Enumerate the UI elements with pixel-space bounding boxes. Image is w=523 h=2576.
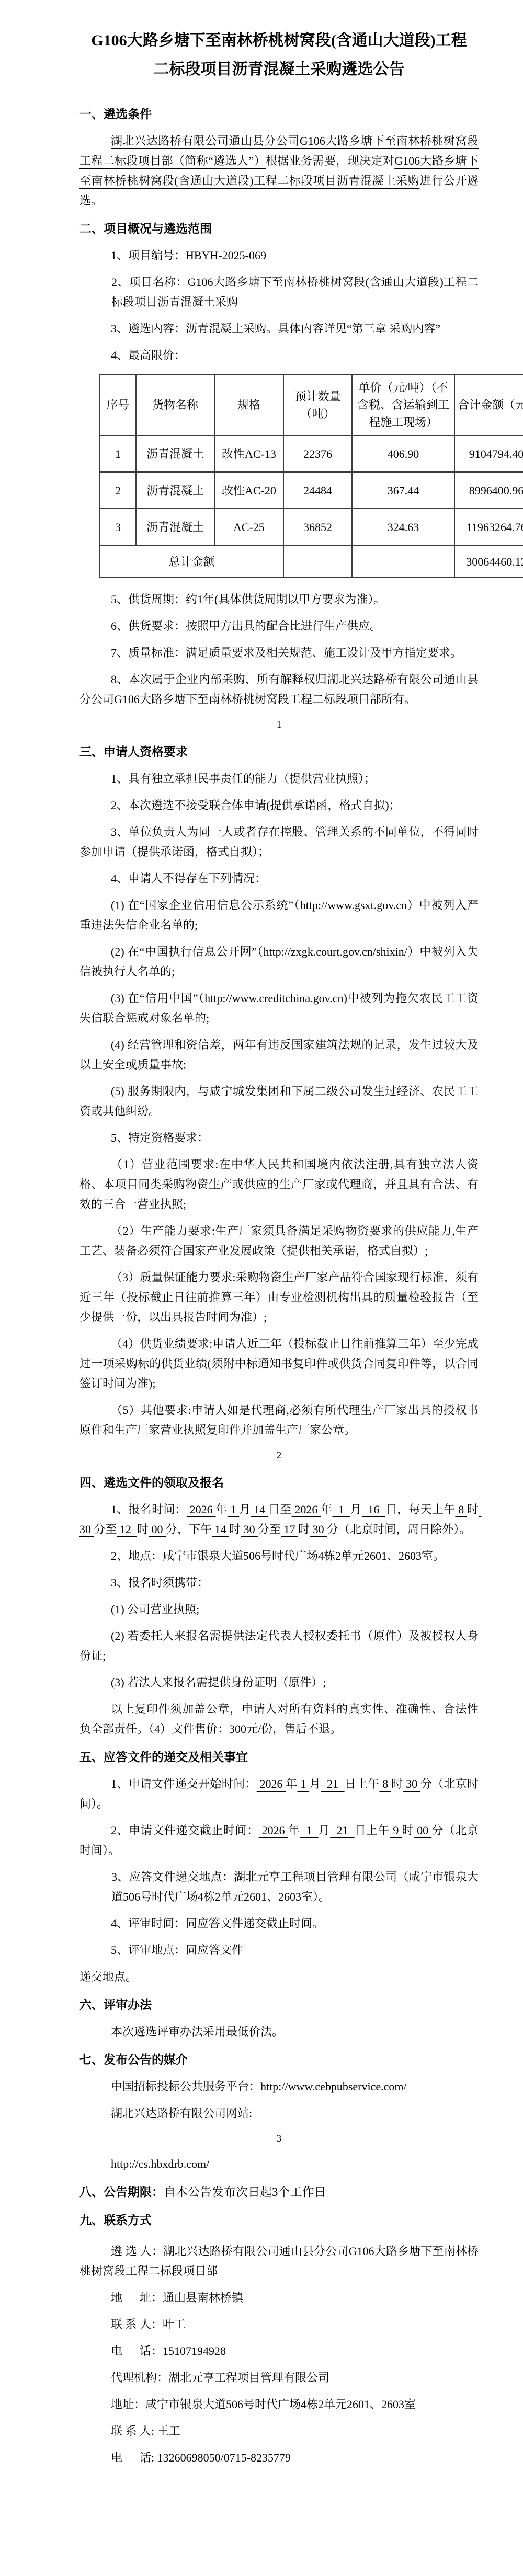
table-header-cell: 合计金额（元） <box>454 374 523 435</box>
registration-location: 2、地点：咸宁市银泉大道506号时代广场4栋2单元2601、2603室。 <box>79 1546 479 1566</box>
table-cell: 22376 <box>283 435 352 472</box>
page-number: 1 <box>79 716 479 734</box>
underlined-text: 1 <box>300 1824 318 1837</box>
selector-name: 遴 选 人：湖北兴达路桥有限公司通山县分公司G106大路乡塘下至南林桥桃树窝段工… <box>79 2241 479 2281</box>
qualification-item: 3、单位负责人为同一人或者存在控股、管理关系的不同单位，不得同时参加申请（提供承… <box>79 822 479 862</box>
page-number: 2 <box>79 1447 479 1465</box>
table-header-cell: 预计数量（吨） <box>283 374 352 435</box>
table-cell: 24484 <box>283 472 352 509</box>
plain-text: 分至 <box>258 1523 281 1536</box>
specific-requirement: （4）供货业绩要求:申请人近三年（投标截止日往前推算三年）至少完成过一项采购标的… <box>79 1334 479 1394</box>
document-title: G106大路乡塘下至南林桥桃树窝段(含通山大道段)工程 二标段项目沥青混凝土采购… <box>79 26 479 84</box>
review-location-continuation: 递交地点。 <box>79 1967 479 1987</box>
qualification-item: 2、本次遴选不接受联合体申请(提供承诺函，格式自拟)； <box>79 796 479 815</box>
underlined-text: 8 <box>456 1503 468 1516</box>
submission-location: 3、应答文件递交地点：湖北元亨工程项目管理有限公司（咸宁市银泉大道506号时代广… <box>79 1867 479 1907</box>
plain-text: 月 <box>309 1777 321 1790</box>
registration-subitem: (3) 若法人来报名需提供身份证明（原件）; <box>79 1673 479 1693</box>
specific-requirement: （1）营业范围要求:在中华人民共和国境内依法注册,具有独立法人资格、本项目同类采… <box>79 1155 479 1214</box>
plain-text: 时 <box>137 1523 149 1536</box>
table-cell: 沥青混凝土 <box>136 509 214 545</box>
media-company-site-url: http://cs.hbxdrb.com/ <box>79 2154 479 2174</box>
plain-text: 年 <box>321 1503 332 1516</box>
plain-text: 时 <box>298 1523 310 1536</box>
section-6-heading: 六、评审办法 <box>79 1995 479 2015</box>
qualification-item: 1、具有独立承担民事责任的能力（提供营业执照）； <box>79 769 479 789</box>
plain-text: 月 <box>319 1824 331 1837</box>
registration-subitem: (2) 若委托人来报名需提供法定代表人授权委托书（原件）及被授权人身份证; <box>79 1626 479 1666</box>
submission-deadline: 2、申请文件递交截止时间： 2026 年 1 月 21 日上午 9 时 00 分… <box>79 1821 479 1860</box>
table-header-cell: 序号 <box>100 374 136 435</box>
announcement-period-text: 自本公告发布次日起3个工作日 <box>164 2186 326 2199</box>
qualification-subitem: (2) 在“中国执行信息公开网”（http://zxgk.court.gov.c… <box>79 942 479 982</box>
section-5-heading: 五、应答文件的递交及相关事宜 <box>79 1747 479 1767</box>
plain-text: 分，下午 <box>166 1523 212 1536</box>
qualification-subitem: (4) 经营管理和资信差，两年有违反国家建筑法规的记录，发生过较大及以上安全或质… <box>79 1035 479 1075</box>
table-cell: AC-25 <box>214 509 283 545</box>
qualification-subitem: (5) 服务期限内，与咸宁城发集团和下属二级公司发生过经济、农民工工资或其他纠纷… <box>79 1082 479 1121</box>
section-3-heading: 三、申请人资格要求 <box>79 742 479 762</box>
table-cell: 2 <box>100 472 136 509</box>
table-header-cell: 规格 <box>214 374 283 435</box>
review-time: 4、评审时间：同应答文件递交截止时间。 <box>79 1914 479 1934</box>
plain-text: 1、申请文件递交开始时间： <box>111 1777 257 1790</box>
plain-text: 年 <box>286 1777 297 1790</box>
underlined-text: 2026 <box>187 1503 216 1516</box>
table-header-row: 序号 货物名称 规格 预计数量（吨） 单价（元/吨）（不含税、含运输到工程施工现… <box>100 374 523 435</box>
internal-procurement-note: 8、本次属于企业内部采购，所有解释权归湖北兴达路桥有限公司通山县分公司G106大… <box>79 670 479 709</box>
title-line-1: G106大路乡塘下至南林桥桃树窝段(含通山大道段)工程 <box>79 26 479 55</box>
plain-text: 月 <box>350 1503 362 1516</box>
submission-start-time: 1、申请文件递交开始时间： 2026 年 1 月 21 日上午 8 时 30 分… <box>79 1774 479 1814</box>
page-number: 3 <box>79 2130 479 2148</box>
underlined-text: 14 <box>212 1523 229 1536</box>
plain-text: 时 <box>467 1503 479 1516</box>
section-1-heading: 一、遴选条件 <box>79 105 479 124</box>
registration-bring-label: 3、报名时须携带： <box>79 1573 479 1593</box>
agency-phone: 电 话: 13260698050/0715-8235779 <box>79 2448 479 2468</box>
table-row: 1 沥青混凝土 改性AC-13 22376 406.90 9104794.40 <box>100 435 523 472</box>
agency-name: 代理机构：湖北元亨工程项目管理有限公司 <box>79 2368 479 2388</box>
underlined-text: 16 <box>362 1503 385 1516</box>
table-cell: 9104794.40 <box>454 435 523 472</box>
review-method: 本次遴选评审办法采用最低价法。 <box>79 2022 479 2042</box>
plain-text: 根据业务需要，现决定对 <box>266 154 394 167</box>
underlined-text: 2026 <box>259 1824 288 1837</box>
section-9-heading: 九、联系方式 <box>79 2211 479 2230</box>
plain-text: 2、申请文件递交截止时间： <box>111 1824 259 1837</box>
section-4-heading: 四、遴选文件的领取及报名 <box>79 1473 479 1493</box>
review-location: 5、评审地点：同应答文件 <box>79 1940 479 1960</box>
supply-period: 5、供货周期：约1年(具体供货周期以甲方要求为准）。 <box>79 590 479 609</box>
selection-content: 3、遴选内容：沥青混凝土采购。具体内容详见“第三章 采购内容” <box>79 319 479 339</box>
underlined-text: 1 <box>332 1503 350 1516</box>
underlined-text: 8 <box>379 1777 391 1790</box>
table-cell: 改性AC-20 <box>214 472 283 509</box>
underlined-text: 14 <box>251 1503 269 1516</box>
table-row: 3 沥青混凝土 AC-25 36852 324.63 11963264.76 <box>100 509 523 545</box>
underlined-text: 30 <box>241 1523 258 1536</box>
underlined-text: 12 <box>117 1523 138 1536</box>
table-total-label: 总计金额 <box>100 545 283 578</box>
plain-text: 时 <box>229 1523 241 1536</box>
table-cell: 11963264.76 <box>454 509 523 545</box>
plain-text: 日至 <box>268 1503 292 1516</box>
table-cell: 3 <box>100 509 136 545</box>
media-company-site-label: 湖北兴达路桥有限公司网站: <box>79 2103 479 2123</box>
table-cell: 406.90 <box>352 435 454 472</box>
plain-text: 年 <box>288 1824 300 1837</box>
table-row: 2 沥青混凝土 改性AC-20 24484 367.44 8996400.96 <box>100 472 523 509</box>
plain-text: 时 <box>391 1777 403 1790</box>
qualification-subitem: (1) 在“国家企业信用信息公示系统”（http://www.gsxt.gov.… <box>79 895 479 935</box>
specific-requirement: （2）生产能力要求:生产厂家须具备满足采购物资要求的供应能力,生产工艺、装备必须… <box>79 1221 479 1261</box>
table-cell-empty <box>352 545 454 578</box>
table-cell: 36852 <box>283 509 352 545</box>
table-cell-empty <box>283 545 352 578</box>
table-cell: 367.44 <box>352 472 454 509</box>
table-cell: 沥青混凝土 <box>136 472 214 509</box>
section-2-heading: 二、项目概况与遴选范围 <box>79 219 479 239</box>
table-cell: 8996400.96 <box>454 472 523 509</box>
underlined-text: 30 <box>310 1523 327 1536</box>
document-page: G106大路乡塘下至南林桥桃树窝段(含通山大道段)工程 二标段项目沥青混凝土采购… <box>0 0 523 2576</box>
underlined-text: 21 <box>321 1777 344 1790</box>
table-cell: 324.63 <box>352 509 454 545</box>
plain-text: 分（北京时间，周日除外）。 <box>327 1523 471 1536</box>
plain-text: 1、报名时间： <box>111 1503 187 1516</box>
max-price-label: 4、最高限价： <box>79 346 479 365</box>
plain-text: 日上午 <box>345 1777 380 1790</box>
project-name: 2、项目名称：G106大路乡塘下至南林桥桃树窝段(含通山大道段)工程二标段项目沥… <box>79 272 479 312</box>
registration-note: 以上复印件须加盖公章，申请人对所有资料的真实性、准确性、合法性负全部责任。（4）… <box>79 1699 479 1739</box>
selector-phone: 电 话：15107194928 <box>79 2341 479 2361</box>
plain-text: 日，每天上午 <box>385 1503 456 1516</box>
agency-contact-person: 联 系 人: 王工 <box>79 2421 479 2441</box>
media-platform: 中国招标投标公共服务平台：http://www.cebpubservice.co… <box>79 2077 479 2097</box>
plain-text: 月 <box>239 1503 251 1516</box>
table-cell: 改性AC-13 <box>214 435 283 472</box>
table-cell: 1 <box>100 435 136 472</box>
specific-requirement: （5）其他要求:申请人如是代理商,必须有所代理生产厂家出具的授权书原件和生产厂家… <box>79 1400 479 1440</box>
underlined-text: 30 <box>403 1777 420 1790</box>
underlined-text: 1 <box>228 1503 240 1516</box>
underlined-text: 21 <box>330 1824 354 1837</box>
selector-contact-person: 联 系 人：叶工 <box>79 2315 479 2334</box>
underlined-text: 17 <box>281 1523 298 1536</box>
underlined-text: 00 <box>414 1824 431 1837</box>
plain-text: 日上午 <box>355 1824 390 1837</box>
table-header-cell: 单价（元/吨）（不含税、含运输到工程施工现场） <box>352 374 454 435</box>
qualification-subitem: (3) 在“信用中国”（http://www.creditchina.gov.c… <box>79 988 479 1028</box>
specific-requirement: （3）质量保证能力要求:采购物资生产厂家产品符合国家现行标准，须有近三年（投标截… <box>79 1268 479 1327</box>
registration-time: 1、报名时间： 2026 年 1 月 14 日至 2026 年 1 月 16 日… <box>79 1500 479 1539</box>
qualification-item: 4、申请人不得存在下列情况： <box>79 869 479 889</box>
section-7-heading: 七、发布公告的媒介 <box>79 2050 479 2070</box>
quality-standard: 7、质量标准：满足质量要求及相关规范、施工设计及甲方指定要求。 <box>79 643 479 663</box>
table-cell: 沥青混凝土 <box>136 435 214 472</box>
supply-requirement: 6、供货要求：按照甲方出具的配合比进行生产供应。 <box>79 616 479 636</box>
announcement-period-label: 八、公告期限： <box>79 2186 164 2199</box>
table-total-row: 总计金额 30064460.12 <box>100 545 523 578</box>
section-8-heading: 八、公告期限：自本公告发布次日起3个工作日 <box>79 2182 479 2202</box>
underlined-text: 2026 <box>257 1777 286 1790</box>
underlined-text: 00 <box>149 1523 166 1536</box>
underlined-text: 2026 <box>292 1503 321 1516</box>
table-header-cell: 货物名称 <box>136 374 214 435</box>
price-table: 序号 货物名称 规格 预计数量（吨） 单价（元/吨）（不含税、含运输到工程施工现… <box>99 374 523 578</box>
plain-text: 分至 <box>94 1523 117 1536</box>
underlined-text: 9 <box>390 1824 402 1837</box>
underlined-text: 1 <box>298 1777 310 1790</box>
section-1-paragraph: 湖北兴达路桥有限公司通山县分公司G106大路乡塘下至南林桥桃树窝段工程二标段项目… <box>79 131 479 211</box>
project-number: 1、项目编号：HBYH-2025-069 <box>79 246 479 266</box>
registration-subitem: (1) 公司营业执照; <box>79 1600 479 1619</box>
title-line-2: 二标段项目沥青混凝土采购遴选公告 <box>79 55 479 84</box>
qualification-item: 5、特定资格要求： <box>79 1128 479 1148</box>
spacer <box>79 2237 479 2241</box>
agency-address: 地址：咸宁市银泉大道506号时代广场4栋2单元2601、2603室 <box>79 2395 479 2414</box>
table-total-value: 30064460.12 <box>454 545 523 578</box>
plain-text: 年 <box>215 1503 227 1516</box>
plain-text: 时 <box>402 1824 414 1837</box>
selector-address: 地 址：通山县南林桥镇 <box>79 2288 479 2308</box>
